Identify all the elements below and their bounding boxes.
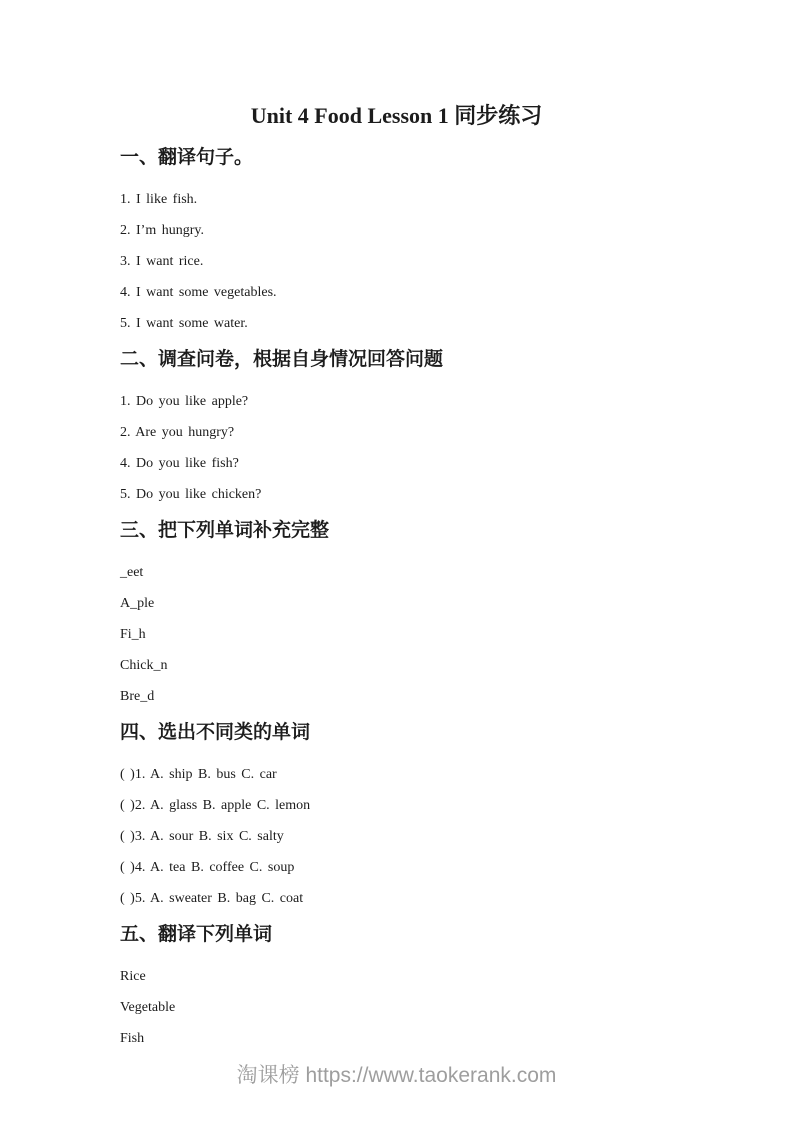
exercise-line: Fish — [120, 1029, 683, 1048]
worksheet-page: Unit 4 Food Lesson 1 同步练习 一、翻译句子。 1. I l… — [0, 0, 793, 1122]
exercise-line: 4. Do you like fish? — [120, 454, 683, 473]
exercise-line: ( )5. A. sweater B. bag C. coat — [120, 889, 683, 908]
exercise-line: 1. Do you like apple? — [120, 392, 683, 411]
exercise-line: 5. Do you like chicken? — [120, 485, 683, 504]
exercise-line: _eet — [120, 563, 683, 582]
worksheet-section: 三、把下列单词补充完整 _eet A_ple Fi_h Chick_n Bre_… — [120, 519, 683, 706]
exercise-line: 4. I want some vegetables. — [120, 283, 683, 302]
exercise-line: 2. Are you hungry? — [120, 423, 683, 442]
exercise-line: ( )4. A. tea B. coffee C. soup — [120, 858, 683, 877]
section-heading: 三、把下列单词补充完整 — [120, 519, 683, 543]
exercise-line: ( )3. A. sour B. six C. salty — [120, 827, 683, 846]
exercise-line: 2. I’m hungry. — [120, 221, 683, 240]
exercise-line: 5. I want some water. — [120, 314, 683, 333]
worksheet-section: 二、调查问卷，根据自身情况回答问题 1. Do you like apple? … — [120, 348, 683, 504]
section-heading: 二、调查问卷，根据自身情况回答问题 — [120, 348, 683, 372]
exercise-line: A_ple — [120, 594, 683, 613]
worksheet-content: 一、翻译句子。 1. I like fish. 2. I’m hungry. 3… — [0, 146, 793, 1048]
worksheet-section: 四、选出不同类的单词 ( )1. A. ship B. bus C. car (… — [120, 721, 683, 908]
exercise-line: ( )2. A. glass B. apple C. lemon — [120, 796, 683, 815]
worksheet-section: 一、翻译句子。 1. I like fish. 2. I’m hungry. 3… — [120, 146, 683, 333]
worksheet-section: 五、翻译下列单词 Rice Vegetable Fish — [120, 923, 683, 1048]
exercise-line: 3. I want rice. — [120, 252, 683, 271]
exercise-line: Chick_n — [120, 656, 683, 675]
footer-text: 淘课榜 https://www.taokerank.com — [237, 1064, 557, 1087]
section-heading: 一、翻译句子。 — [120, 146, 683, 170]
page-title: Unit 4 Food Lesson 1 同步练习 — [0, 0, 793, 131]
exercise-line: Vegetable — [120, 998, 683, 1017]
exercise-line: Bre_d — [120, 687, 683, 706]
exercise-line: Rice — [120, 967, 683, 986]
exercise-line: Fi_h — [120, 625, 683, 644]
section-heading: 四、选出不同类的单词 — [120, 721, 683, 745]
footer-watermark: 淘课榜 https://www.taokerank.com — [0, 1062, 793, 1090]
exercise-line: ( )1. A. ship B. bus C. car — [120, 765, 683, 784]
section-heading: 五、翻译下列单词 — [120, 923, 683, 947]
exercise-line: 1. I like fish. — [120, 190, 683, 209]
